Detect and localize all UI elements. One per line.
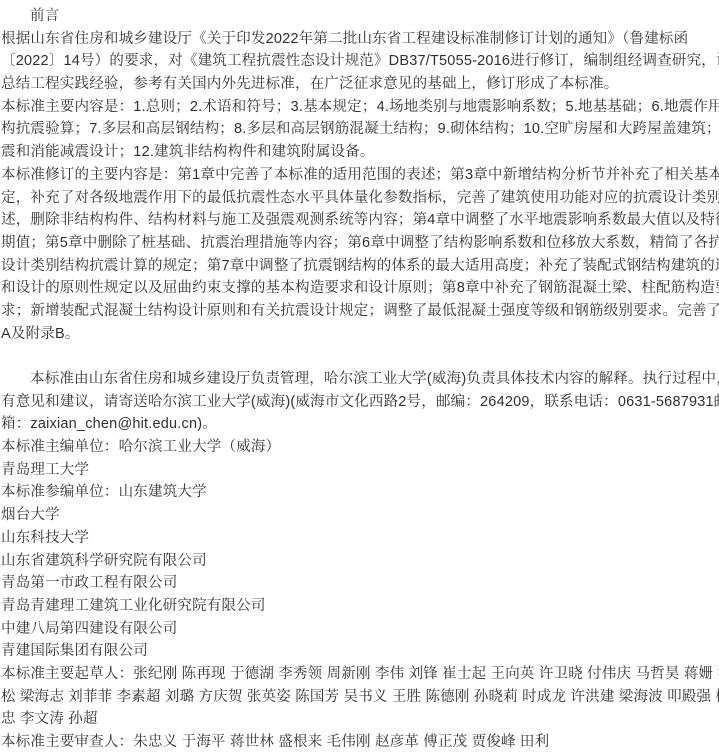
- participating-unit-line: 本标准参编单位：山东建筑大学: [1, 481, 719, 504]
- preface-intro-line: 根据山东省住房和城乡建设厅《关于印发2022年第二批山东省工程建设标准制修订计划…: [1, 28, 719, 51]
- main-contents-line: 震和消能减震设计；12.建筑非结构构件和建筑附属设备。: [1, 141, 719, 164]
- management-contact-line: 箱：zaixian_chen@hit.edu.cn)。: [1, 413, 719, 436]
- main-contents-line: 构抗震验算；7.多层和高层钢结构；8.多层和高层钢筋混凝土结构；9.砌体结构；1…: [1, 118, 719, 141]
- revision-contents-line: 定，补充了对各级地震作用下的最低抗震性态水平具体量化参数指标，完善了建筑使用功能…: [1, 187, 719, 210]
- participating-unit-line: 中建八局第四建设有限公司: [1, 618, 719, 641]
- revision-contents-line: 本标准修订的主要内容是：第1章中完善了本标准的适用范围的表述；第3章中新增结构分…: [1, 164, 719, 187]
- preface-intro-line: 总结工程实践经验，参考有关国内外先进标准，在广泛征求意见的基础上，修订形成了本标…: [1, 73, 719, 96]
- revision-contents-line: 设计类别结构抗震计算的规定；第7章中调整了抗震钢结构的体系的最大适用高度；补充了…: [1, 255, 719, 278]
- revision-contents-line: 求；新增装配式混凝土结构设计原则和有关抗震设计规定；调整了最低混凝土强度等级和钢…: [1, 300, 719, 323]
- revision-contents-line: 和设计的原则性规定以及屈曲约束支撑的基本构造要求和设计原则；第8章中补充了钢筋混…: [1, 277, 719, 300]
- participating-unit-line: 烟台大学: [1, 504, 719, 527]
- participating-unit-line: 山东省建筑科学研究院有限公司: [1, 550, 719, 573]
- management-contact-line: 本标准由山东省住房和城乡建设厅负责管理，哈尔滨工业大学(威海)负责具体技术内容的…: [1, 368, 719, 391]
- management-contact-line: 有意见和建议，请寄送哈尔滨工业大学(威海)(威海市文化西路2号，邮编：26420…: [1, 391, 719, 414]
- participating-unit-line: 青岛第一市政工程有限公司: [1, 572, 719, 595]
- drafters-line: 松 梁海志 刘菲菲 李素超 刘璐 方庆贺 张英姿 陈国芳 吴书义 王胜 陈德刚 …: [1, 686, 719, 709]
- document-body: 根据山东省住房和城乡建设厅《关于印发2022年第二批山东省工程建设标准制修订计划…: [1, 28, 719, 753]
- participating-unit-line: 青建国际集团有限公司: [1, 640, 719, 663]
- preface-intro-line: 〔2022〕14号）的要求，对《建筑工程抗震性态设计规范》DB37/T5055-…: [1, 50, 719, 73]
- revision-contents-line: 期值；第5章中删除了桩基础、抗震治理措施等内容；第6章中调整了结构影响系数和位移…: [1, 232, 719, 255]
- blank-line: [1, 345, 719, 368]
- revision-contents-line: 述，删除非结构构件、结构材料与施工及强震观测系统等内容；第4章中调整了水平地震影…: [1, 209, 719, 232]
- document-title: 前言: [1, 5, 719, 28]
- reviewers-line: 本标准主要审查人：朱忠义 于海平 蒋世林 盛根来 毛伟刚 赵彦革 傅正茂 贾俊峰…: [1, 731, 719, 753]
- main-contents-line: 本标准主要内容是：1.总则；2.术语和符号；3.基本规定；4.场地类别与地震影响…: [1, 96, 719, 119]
- document-page: 前言 根据山东省住房和城乡建设厅《关于印发2022年第二批山东省工程建设标准制修…: [0, 0, 719, 753]
- chief-editor-unit-line: 青岛理工大学: [1, 459, 719, 482]
- chief-editor-unit-line: 本标准主编单位：哈尔滨工业大学（威海）: [1, 436, 719, 459]
- participating-unit-line: 青岛青建理工建筑工业化研究院有限公司: [1, 595, 719, 618]
- revision-contents-line: A及附录B。: [1, 323, 719, 346]
- drafters-line: 忠 李文涛 孙超: [1, 708, 719, 731]
- participating-unit-line: 山东科技大学: [1, 527, 719, 550]
- drafters-line: 本标准主要起草人：张纪刚 陈再现 于德湖 李秀领 周新刚 李伟 刘锋 崔士起 王…: [1, 663, 719, 686]
